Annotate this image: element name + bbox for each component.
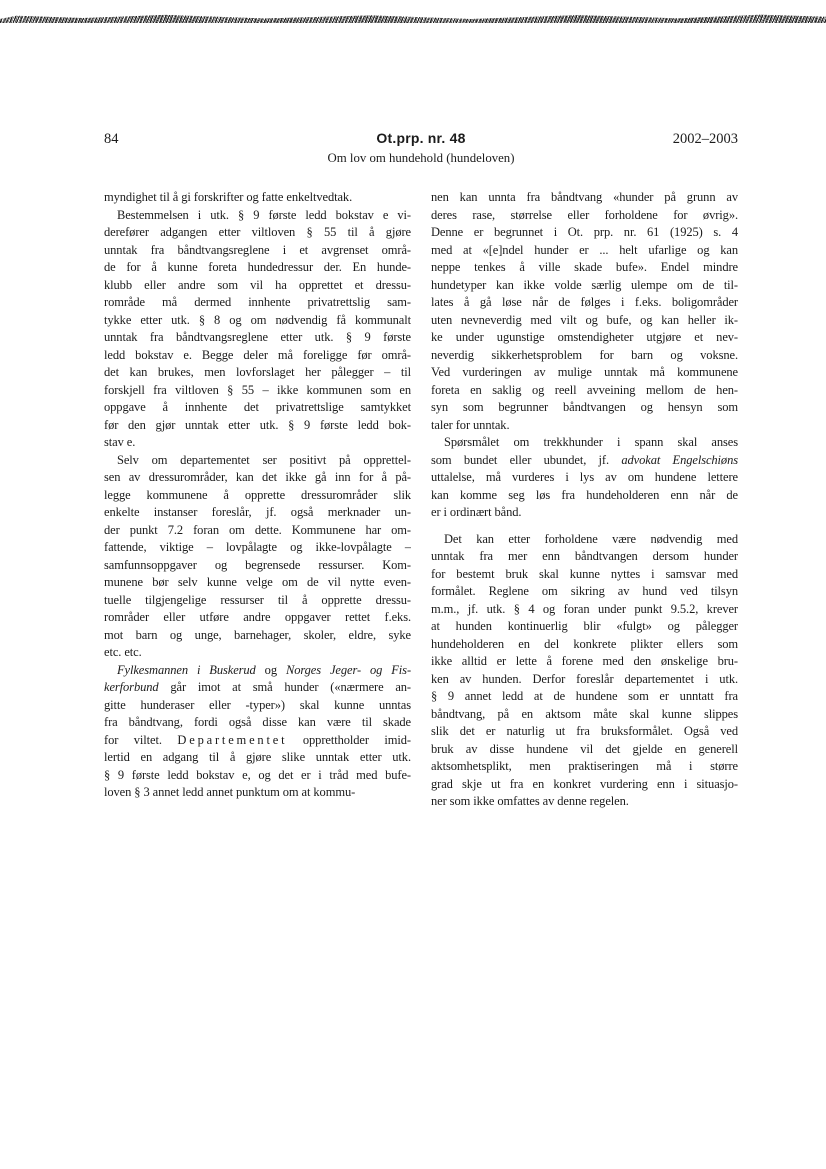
text-line: Denne er begrunnet i Ot. prp. nr. 61 (19… xyxy=(431,224,738,242)
text-line: § 9 første ledd bokstav e, og det er i t… xyxy=(104,767,411,785)
text-line: fattende, viktige – lovpålagte og ikke-l… xyxy=(104,539,411,557)
text-line: rområder eller utføre andre oppgaver ret… xyxy=(104,609,411,627)
paragraph: Fylkesmannen i Buskerud og Norges Jeger-… xyxy=(104,662,411,802)
text-line: fra båndtvang, fordi også disse kan være… xyxy=(104,714,411,732)
text-line: neppe tenkes å ville skade bufe». Endel … xyxy=(431,259,738,277)
paragraph: nen kan unnta fra båndtvang «hunder på g… xyxy=(431,189,738,434)
text-line: at hunden kontinuerlig blir «fulgt» og p… xyxy=(431,618,738,636)
paragraph: Bestemmelsen i utk. § 9 første ledd boks… xyxy=(104,207,411,452)
emphasized-text: kerforbund xyxy=(104,680,159,694)
text-line: båndtvang, på en aktsom måte skal kunne … xyxy=(431,706,738,724)
text-line: formålet. Reglene om sikring av hund ved… xyxy=(431,583,738,601)
text-line: legge kommunene å opprette dressurområde… xyxy=(104,487,411,505)
text-line: taler for unntak. xyxy=(431,417,738,435)
text-line: grad skje ut fra en konkret vurdering en… xyxy=(431,776,738,794)
text-line: unntak fra båndtvangsreglene etter utk. … xyxy=(104,329,411,347)
text-line: m.m., jf. utk. § 4 og foran under punkt … xyxy=(431,601,738,619)
page-number: 84 xyxy=(104,131,194,148)
text-line: ledd bokstav e. Begge deler må foreligge… xyxy=(104,347,411,365)
text-line: før den gjør unntak etter utk. § 9 først… xyxy=(104,417,411,435)
text-line: Bestemmelsen i utk. § 9 første ledd boks… xyxy=(104,207,411,225)
text-line: foreta en saklig og reell avveining mell… xyxy=(431,382,738,400)
text-line: kerforbund går imot at små hunder («nærm… xyxy=(104,679,411,697)
text-line: tykke etter utk. § 8 og om nødvendig få … xyxy=(104,312,411,330)
text-line: samfunnsoppgaver og begrensede ressurser… xyxy=(104,557,411,575)
scanned-document-page: 84 Ot.prp. nr. 48 2002–2003 Om lov om hu… xyxy=(0,0,826,1169)
text-line: gitte hunderaser eller -typer») skal kun… xyxy=(104,697,411,715)
text-line: syn som begrunner båndtvangen og hensyn … xyxy=(431,399,738,417)
text-line: der punkt 7.2 foran om dette. Kommunene … xyxy=(104,522,411,540)
text-line: etc. etc. xyxy=(104,644,411,662)
text-line: slik det er naturlig ut fra bruksformåle… xyxy=(431,723,738,741)
text-line: forskjell fra viltloven § 55 – ikke komm… xyxy=(104,382,411,400)
text-line: sen av dressurområder, kan det ikke gå i… xyxy=(104,469,411,487)
text-line: Det kan etter forholdene være nødvendig … xyxy=(431,531,738,549)
running-head: 84 Ot.prp. nr. 48 2002–2003 xyxy=(104,130,738,148)
text-line: neverdig sikkerhetsproblem for barn og v… xyxy=(431,347,738,365)
text-line: uttalelse, må vurderes i lys av om hunde… xyxy=(431,469,738,487)
text-line: derefører adgangen etter viltloven § 55 … xyxy=(104,224,411,242)
text-line: rområde må dermed innhente privatrettsli… xyxy=(104,294,411,312)
text-line: enkelte instanser foreslår, jf. også mer… xyxy=(104,504,411,522)
text-line: det kan brukes, men lovforslaget her pål… xyxy=(104,364,411,382)
emphasized-text: advokat Engelschiøns xyxy=(621,453,738,467)
text-line: deres rase, størrelse eller forholdene f… xyxy=(431,207,738,225)
text-line: § 9 annet ledd at de hundene som er unnt… xyxy=(431,688,738,706)
document-title: Ot.prp. nr. 48 xyxy=(194,130,648,146)
two-column-body: myndighet til å gi forskrifter og fatte … xyxy=(104,189,738,811)
text-line: Fylkesmannen i Buskerud og Norges Jeger-… xyxy=(104,662,411,680)
session-years: 2002–2003 xyxy=(648,131,738,148)
text-line: klubb eller andre som vil ha opprettet e… xyxy=(104,277,411,295)
paragraph: Spørsmålet om trekkhunder i spann skal a… xyxy=(431,434,738,522)
text-line: unntak fra båndtvangsreglene i et avgren… xyxy=(104,242,411,260)
emphasized-text: Norges Jeger- og Fis- xyxy=(286,663,411,677)
text-line: aktsomhetsplikt, men praktiseringen må i… xyxy=(431,758,738,776)
left-column: myndighet til å gi forskrifter og fatte … xyxy=(104,189,411,811)
text-line: loven § 3 annet ledd annet punktum om at… xyxy=(104,784,411,802)
text-line: Ved vurderingen av mulige unntak må komm… xyxy=(431,364,738,382)
emphasized-text: Fylkesmannen i Buskerud xyxy=(117,663,256,677)
text-line: stav e. xyxy=(104,434,411,452)
text-line: er i ordinært bånd. xyxy=(431,504,738,522)
document-subtitle: Om lov om hundehold (hundeloven) xyxy=(104,151,738,166)
text-line: bruk av disse hundene vil det gjelde en … xyxy=(431,741,738,759)
text-line: unntak fra mer enn båndtvangen dersom hu… xyxy=(431,548,738,566)
text-line: nen kan unnta fra båndtvang «hunder på g… xyxy=(431,189,738,207)
text-segment: for viltet. xyxy=(104,733,177,747)
text-line: hundeholderen en del konkrete plikter el… xyxy=(431,636,738,654)
text-line: ikke alltid er lette å forene med den øn… xyxy=(431,653,738,671)
text-line: oppgave å innhente det privatrettslige s… xyxy=(104,399,411,417)
emphasized-text: Departementet xyxy=(177,733,287,747)
text-line: for viltet. Departementet opprettholder … xyxy=(104,732,411,750)
text-segment: går imot at små hunder («nærmere an- xyxy=(159,680,411,694)
text-line: hundetyper kan ikke volde særlig ulempe … xyxy=(431,277,738,295)
text-line: ke under ugunstige omstendigheter utgjør… xyxy=(431,329,738,347)
text-line: tuelle tilgjengelige ressurser til å opp… xyxy=(104,592,411,610)
text-line: kan komme seg løs fra hundeholderen enn … xyxy=(431,487,738,505)
text-line: med at «[e]ndel hunder er ... helt ufarl… xyxy=(431,242,738,260)
text-line: de for å kunne foreta hundedressur der. … xyxy=(104,259,411,277)
text-line: myndighet til å gi forskrifter og fatte … xyxy=(104,189,411,207)
text-line: uten nevneverdig med vilt og bufe, og ka… xyxy=(431,312,738,330)
text-segment: opprettholder imid- xyxy=(287,733,411,747)
text-segment: og xyxy=(256,663,286,677)
paragraph: Selv om departementet ser positivt på op… xyxy=(104,452,411,662)
text-line: som bundet eller ubundet, jf. advokat En… xyxy=(431,452,738,470)
text-line: Spørsmålet om trekkhunder i spann skal a… xyxy=(431,434,738,452)
paragraph: Det kan etter forholdene være nødvendig … xyxy=(431,531,738,811)
scan-noise-band xyxy=(0,14,826,23)
text-line: mot barn og unge, barnehager, skoler, el… xyxy=(104,627,411,645)
text-segment: som bundet eller ubundet, jf. xyxy=(431,453,621,467)
page-header: 84 Ot.prp. nr. 48 2002–2003 Om lov om hu… xyxy=(104,130,738,166)
right-column: nen kan unnta fra båndtvang «hunder på g… xyxy=(431,189,738,811)
text-line: for bestemt bruk skal kunne nyttes i sam… xyxy=(431,566,738,584)
text-line: ner som ikke omfattes av denne regelen. xyxy=(431,793,738,811)
text-line: lertid en adgang til å gjøre slike unnta… xyxy=(104,749,411,767)
paragraph: myndighet til å gi forskrifter og fatte … xyxy=(104,189,411,207)
text-line: lates å gå løse når de følges i f.eks. b… xyxy=(431,294,738,312)
text-line: Selv om departementet ser positivt på op… xyxy=(104,452,411,470)
text-line: munene bør selv kunne velge om de vil ny… xyxy=(104,574,411,592)
text-line: ken av hunden. Derfor foreslår departeme… xyxy=(431,671,738,689)
